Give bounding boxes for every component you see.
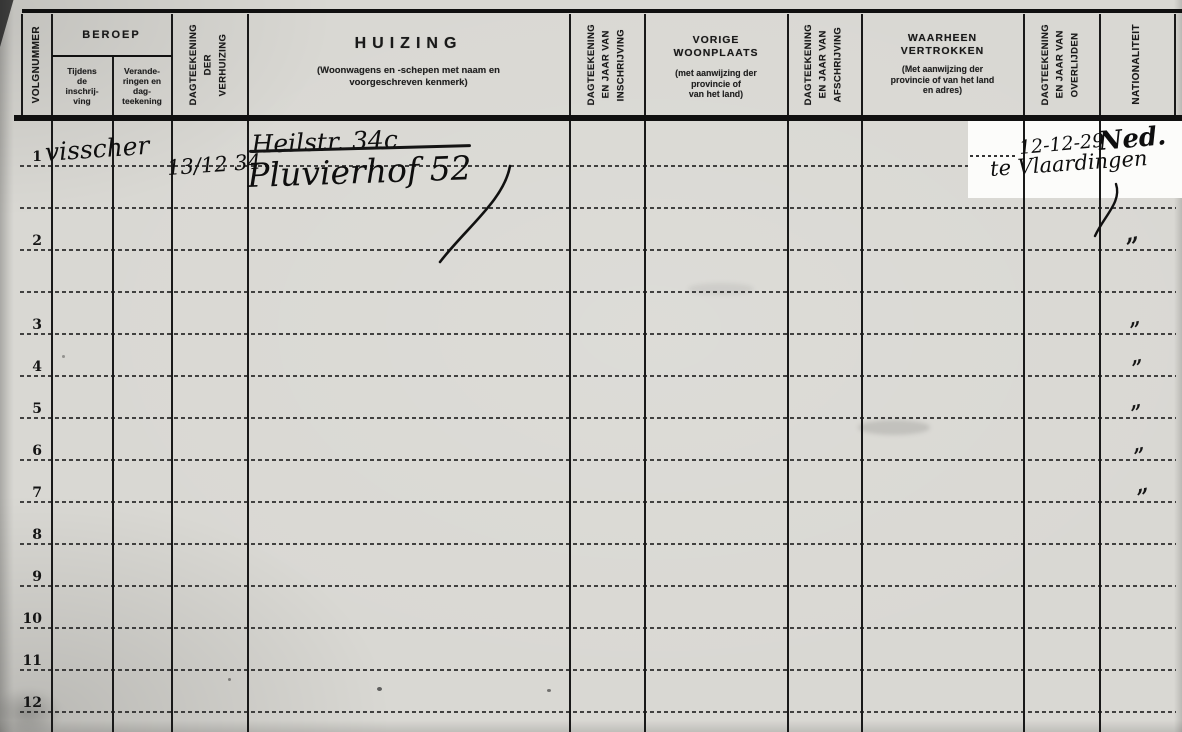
row-line bbox=[20, 627, 1176, 629]
column-divider bbox=[644, 14, 646, 732]
beroep-tijdens-label: Tijdens de inschrij- ving bbox=[65, 66, 98, 107]
dagteekening-verhuizing-label: DAGTEEKENING DER VERHUIZING bbox=[187, 24, 231, 105]
row-number-9: 9 bbox=[14, 569, 42, 585]
handwriting-flourish bbox=[432, 162, 522, 267]
beroep-label: BEROEP bbox=[82, 29, 140, 41]
row-line bbox=[20, 585, 1176, 587]
scan-speck bbox=[228, 678, 231, 681]
scan-smudge bbox=[858, 420, 930, 435]
beroep-veranderingen-label: Verande- ringen en dag- teekening bbox=[122, 66, 162, 107]
column-header-vorige-woonplaats: VORIGE WOONPLAATS bbox=[645, 32, 787, 62]
column-header-volgnummer: VOLGNUMMER bbox=[22, 14, 51, 115]
column-divider bbox=[1023, 14, 1025, 732]
column-header-waarheen-vertrokken: WAARHEEN VERTROKKEN bbox=[862, 30, 1023, 60]
column-divider bbox=[171, 14, 173, 732]
header-right-border bbox=[1174, 14, 1176, 118]
scan-speck bbox=[62, 355, 65, 358]
column-divider bbox=[861, 14, 863, 732]
handwriting-flourish bbox=[1086, 182, 1126, 240]
ditto-mark-row-2: „ bbox=[1121, 217, 1141, 248]
column-header-dagteekening-afschrijving: DAGTEEKENING EN JAAR VAN AFSCHRIJVING bbox=[788, 14, 861, 115]
row-line bbox=[20, 375, 1176, 377]
row-number-3: 3 bbox=[14, 317, 42, 333]
row-number-4: 4 bbox=[14, 359, 42, 375]
column-header-waarheen-vertrokken-sub: (Met aanwijzing der provincie of van het… bbox=[862, 60, 1023, 100]
column-divider bbox=[247, 14, 249, 732]
column-header-huizing: HUIZING bbox=[248, 32, 569, 56]
column-header-nationaliteit: NATIONALITEIT bbox=[1100, 14, 1174, 115]
row-line bbox=[20, 543, 1176, 545]
row-number-2: 2 bbox=[14, 233, 42, 249]
row-number-7: 7 bbox=[14, 485, 42, 501]
column-header-beroep-veranderingen: Verande- ringen en dag- teekening bbox=[113, 58, 171, 114]
column-header-dagteekening-inschrijving: DAGTEEKENING EN JAAR VAN INSCHRIJVING bbox=[570, 14, 644, 115]
huizing-label: HUIZING bbox=[355, 35, 463, 53]
row-number-8: 8 bbox=[14, 527, 42, 543]
row-line bbox=[20, 417, 1176, 419]
scan-edge-bottom bbox=[0, 720, 1182, 732]
column-header-dagteekening-overlijden: DAGTEEKENING EN JAAR VAN OVERLIJDEN bbox=[1024, 14, 1099, 115]
row-line bbox=[20, 669, 1176, 671]
scan-edge-left bbox=[0, 0, 14, 732]
scan-speck bbox=[547, 689, 551, 692]
row-number-12: 12 bbox=[14, 695, 42, 711]
row-line bbox=[20, 291, 1176, 293]
row-line bbox=[20, 333, 1176, 335]
ditto-mark-row-5: „ bbox=[1127, 388, 1143, 414]
column-divider bbox=[1099, 14, 1101, 732]
nationaliteit-label: NATIONALITEIT bbox=[1129, 24, 1145, 105]
vorige-woonplaats-sublabel: (met aanwijzing der provincie of van het… bbox=[675, 68, 757, 101]
ditto-mark-row-6: „ bbox=[1130, 431, 1146, 457]
waarheen-vertrokken-label: WAARHEEN VERTROKKEN bbox=[901, 32, 985, 58]
row-number-10: 10 bbox=[14, 611, 42, 627]
beroep-subdivider-rule bbox=[52, 55, 172, 57]
row-line bbox=[20, 459, 1176, 461]
row-number-1: 1 bbox=[14, 149, 42, 165]
register-scan-page: VOLGNUMMER BEROEP Tijdens de inschrij- v… bbox=[0, 0, 1182, 732]
dagteekening-afschrijving-label: DAGTEEKENING EN JAAR VAN AFSCHRIJVING bbox=[802, 24, 846, 105]
row-line bbox=[20, 249, 1176, 251]
waarheen-vertrokken-sublabel: (Met aanwijzing der provincie of van het… bbox=[891, 64, 995, 97]
table-top-rule bbox=[22, 9, 1182, 13]
row-number-5: 5 bbox=[14, 401, 42, 417]
dagteekening-inschrijving-label: DAGTEEKENING EN JAAR VAN INSCHRIJVING bbox=[585, 24, 629, 105]
column-header-dagteekening-verhuizing: DAGTEEKENING DER VERHUIZING bbox=[172, 14, 247, 115]
volgnummer-label: VOLGNUMMER bbox=[29, 26, 45, 103]
huizing-sublabel: (Woonwagens en -schepen met naam en voor… bbox=[317, 65, 500, 90]
row-number-11: 11 bbox=[14, 653, 42, 669]
scan-speck bbox=[377, 687, 382, 691]
column-divider bbox=[569, 14, 571, 732]
column-header-huizing-sub: (Woonwagens en -schepen met naam en voor… bbox=[248, 60, 569, 94]
vorige-woonplaats-label: VORIGE WOONPLAATS bbox=[673, 34, 758, 60]
column-divider bbox=[787, 14, 789, 732]
scan-smudge bbox=[688, 283, 754, 295]
row-line bbox=[20, 711, 1176, 713]
entry-beroep: visscher bbox=[44, 131, 150, 167]
column-header-beroep-tijdens: Tijdens de inschrij- ving bbox=[52, 58, 112, 114]
dagteekening-overlijden-label: DAGTEEKENING EN JAAR VAN OVERLIJDEN bbox=[1039, 24, 1083, 105]
column-header-vorige-woonplaats-sub: (met aanwijzing der provincie of van het… bbox=[645, 64, 787, 104]
row-number-6: 6 bbox=[14, 443, 42, 459]
ditto-mark-row-4: „ bbox=[1128, 343, 1144, 369]
ditto-mark-row-7: „ bbox=[1132, 471, 1150, 499]
row-line bbox=[20, 501, 1176, 503]
header-bottom-rule bbox=[14, 115, 1182, 121]
column-header-beroep: BEROEP bbox=[52, 16, 171, 54]
row-line bbox=[20, 207, 1176, 209]
ditto-mark-row-3: „ bbox=[1126, 305, 1142, 331]
column-divider bbox=[51, 14, 53, 732]
